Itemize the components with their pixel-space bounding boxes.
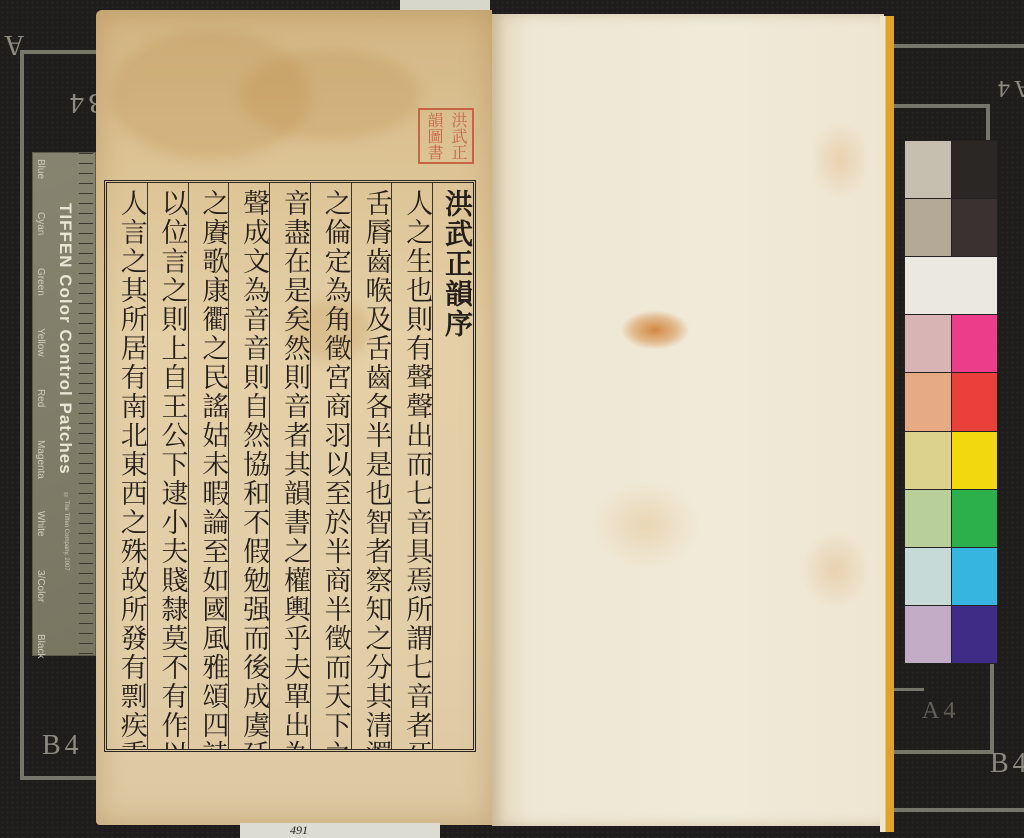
ruler-color-labels: Blue Cyan Green Yellow Red Magenta White…	[35, 159, 46, 659]
board-line	[986, 104, 990, 144]
seal-char: 書	[426, 144, 442, 160]
text-column: 之賡歌康衢之民謠姑未暇論至如國風雅頌四詩	[188, 183, 229, 749]
board-line	[894, 750, 994, 754]
foxing-stain	[590, 480, 700, 570]
color-patch-green	[952, 490, 998, 547]
ruler-brand: TIFFEN Color Control Patches	[55, 203, 75, 475]
color-control-ruler: Blue Cyan Green Yellow Red Magenta White…	[32, 152, 96, 656]
ruler-label: White	[35, 511, 46, 537]
foxing-stain	[620, 310, 690, 350]
ruler-label: Blue	[35, 159, 46, 179]
board-label: B4	[990, 748, 1024, 780]
page-number-tab: 491	[240, 823, 440, 838]
ruler-copyright: © The Tiffen Company, 2007	[63, 493, 69, 571]
ruler-label: Black	[35, 634, 46, 658]
seal-char: 圖	[426, 128, 442, 144]
ruler-label: Green	[35, 268, 46, 296]
color-patch-mid-gray	[905, 199, 951, 256]
color-patch-cyan	[952, 548, 998, 605]
text-column: 之倫定為角徵宮商羽以至於半商半徵而天下之	[310, 183, 351, 749]
board-line	[20, 50, 24, 780]
text-column: 音盡在是矣然則音者其韻書之權輿乎夫單出為	[269, 183, 310, 749]
board-label: A4	[922, 698, 959, 725]
preface-title: 洪武正韻序	[432, 183, 473, 749]
foxing-stain	[810, 120, 870, 200]
color-patch-pale-green	[905, 490, 951, 547]
ruler-label: Red	[35, 389, 46, 407]
seal-char: 武	[450, 128, 466, 144]
board-line	[894, 688, 924, 691]
board-label: A4	[994, 74, 1024, 101]
color-patch-white	[905, 257, 997, 314]
color-patch-black	[952, 141, 998, 198]
foxing-stain	[800, 530, 870, 610]
board-line	[894, 44, 1024, 48]
seal-char: 韻	[426, 112, 442, 128]
color-patch-magenta	[952, 315, 998, 372]
board-label: A	[0, 28, 24, 60]
ruler-label: 3/Color	[35, 570, 46, 602]
red-seal-stamp: 洪 武 正 韻 圖 書	[418, 108, 474, 164]
color-chart	[904, 140, 998, 664]
text-column: 以位言之則上自王公下逮小夫賤隸莫不有作以	[147, 183, 188, 749]
board-line	[894, 808, 1024, 812]
stain	[240, 50, 420, 140]
text-column: 人之生也則有聲聲出而七音具焉所謂七音者牙	[391, 183, 432, 749]
printed-text-frame: 洪武正韻序 人之生也則有聲聲出而七音具焉所謂七音者牙 舌脣齒喉及舌齒各半是也智者…	[104, 180, 476, 752]
color-patch-violet	[952, 606, 998, 663]
board-line	[894, 104, 990, 108]
book-edge	[880, 16, 894, 832]
ruler-label: Cyan	[35, 212, 46, 235]
color-patch-pale-pink	[905, 315, 951, 372]
color-patch-pale-yellow	[905, 432, 951, 489]
ruler-label: Yellow	[35, 328, 46, 357]
text-column: 聲成文為音音則自然協和不假勉强而後成虞廷	[228, 183, 269, 749]
ruler-ticks	[79, 153, 93, 655]
color-patch-dark-gray	[952, 199, 998, 256]
text-column: 舌脣齒喉及舌齒各半是也智者察知之分其清濁	[351, 183, 392, 749]
color-patch-yellow	[952, 432, 998, 489]
board-line	[20, 776, 100, 780]
color-patch-pale-cyan	[905, 548, 951, 605]
seal-char: 正	[450, 144, 466, 160]
board-label: B4	[42, 730, 83, 762]
color-patch-red	[952, 373, 998, 430]
color-patch-light-gray	[905, 141, 951, 198]
text-column: 人言之其所居有南北東西之殊故所發有剽疾重	[107, 183, 147, 749]
ruler-label: Magenta	[35, 440, 46, 479]
board-line	[990, 664, 994, 754]
color-patch-pale-orange	[905, 373, 951, 430]
color-patch-pale-violet	[905, 606, 951, 663]
seal-char: 洪	[450, 112, 466, 128]
